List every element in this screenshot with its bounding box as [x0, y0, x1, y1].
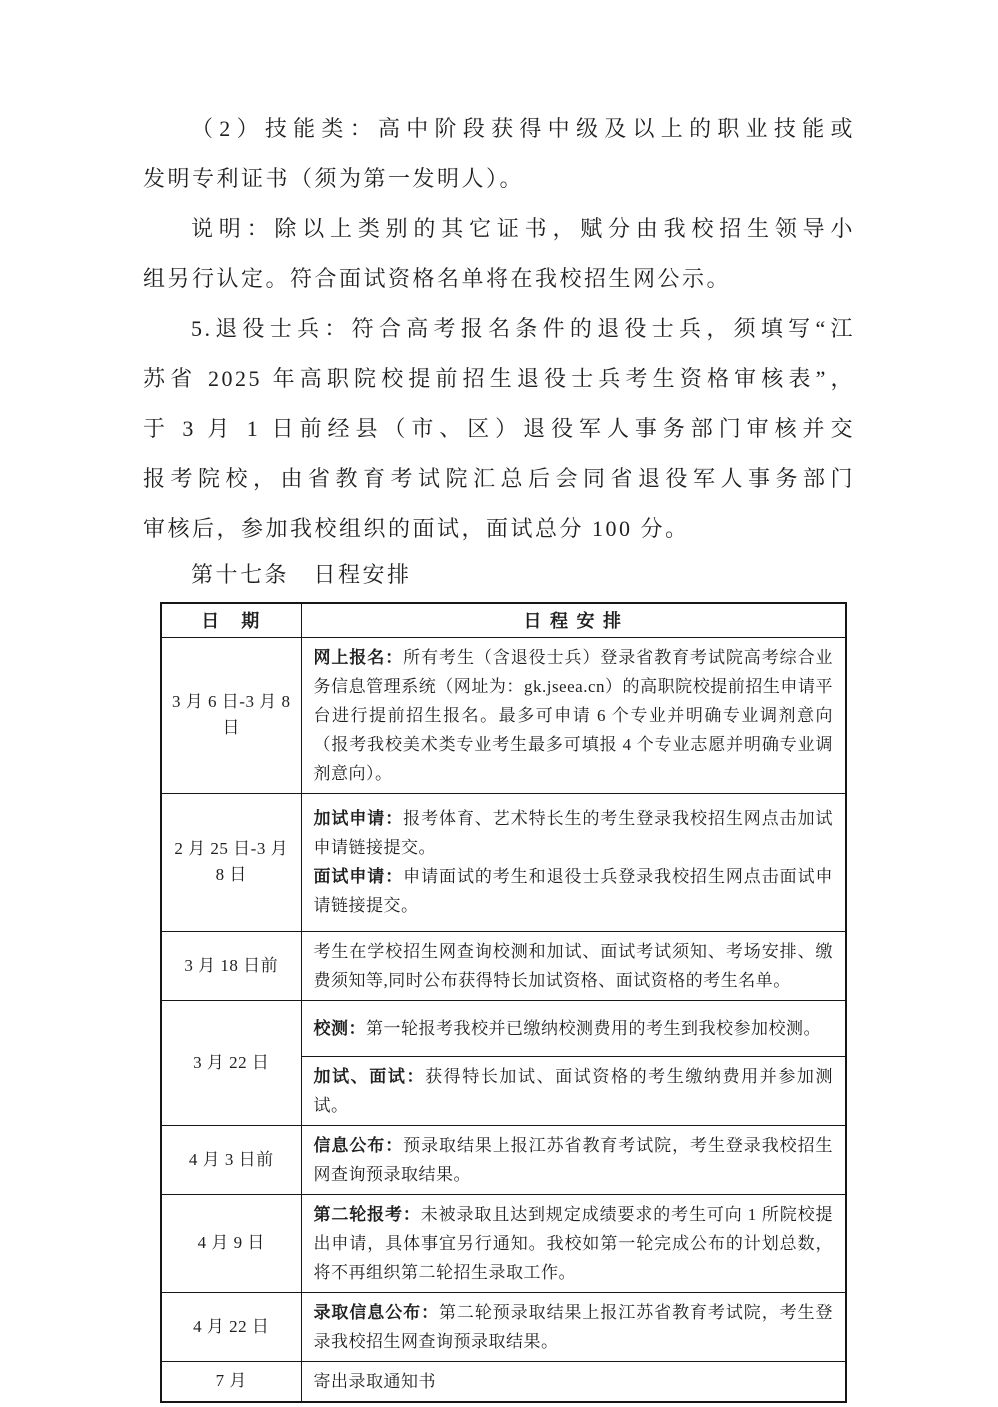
table-row-admission-publish: 4 月 22 日 录取信息公布：第二轮预录取结果上报江苏省教育考试院，考生登录我…: [161, 1292, 846, 1361]
section-heading-article-17: 第十七条 日程安排: [143, 554, 855, 596]
paragraph-skill-category: （2）技能类：高中阶段获得中级及以上的职业技能或 发明专利证书（须为第一发明人）…: [143, 104, 855, 204]
paragraph-line: （2）技能类：高中阶段获得中级及以上的职业技能或: [143, 104, 855, 154]
schedule-cell: 加试申请：报考体育、艺术特长生的考生登录我校招生网点击加试申请链接提交。 面试申…: [301, 793, 846, 931]
date-cell: 3 月 6 日-3 月 8 日: [161, 637, 301, 793]
paragraph-certificate-note: 说明：除以上类别的其它证书，赋分由我校招生领导小 组另行认定。符合面试资格名单将…: [143, 204, 855, 304]
schedule-lead-label: 第二轮报考：: [314, 1205, 421, 1224]
paragraph-line: 报考院校，由省教育考试院汇总后会同省退役军人事务部门: [143, 454, 855, 504]
schedule-cell: 加试、面试：获得特长加试、面试资格的考生缴纳费用并参加测试。: [301, 1056, 846, 1125]
schedule-lead-label: 加试、面试：: [314, 1067, 426, 1086]
schedule-lead-label: 面试申请：: [314, 867, 404, 886]
schedule-cell: 校测：第一轮报考我校并已缴纳校测费用的考生到我校参加校测。: [301, 1000, 846, 1056]
schedule-text: 所有考生（含退役士兵）登录省教育考试院高考综合业务信息管理系统（网址为：gk.j…: [314, 648, 834, 783]
date-cell: 2 月 25 日-3 月 8 日: [161, 793, 301, 931]
schedule-lead-label: 校测：: [314, 1019, 367, 1038]
schedule-cell: 信息公布：预录取结果上报江苏省教育考试院，考生登录我校招生网查询预录取结果。: [301, 1125, 846, 1194]
paragraph-line: 审核后，参加我校组织的面试，面试总分 100 分。: [143, 504, 855, 554]
paragraph-line: 于 3 月 1 日前经县（市、区）退役军人事务部门审核并交: [143, 404, 855, 454]
schedule-text: 寄出录取通知书: [314, 1372, 437, 1391]
document-page: （2）技能类：高中阶段获得中级及以上的职业技能或 发明专利证书（须为第一发明人）…: [0, 0, 998, 1403]
date-cell: 7 月: [161, 1361, 301, 1402]
schedule-table: 日 期 日 程 安 排 3 月 6 日-3 月 8 日 网上报名：所有考生（含退…: [160, 602, 847, 1403]
table-row-school-test: 3 月 22 日 校测：第一轮报考我校并已缴纳校测费用的考生到我校参加校测。: [161, 1000, 846, 1056]
table-row-notice-publish: 3 月 18 日前 考生在学校招生网查询校测和加试、面试考试须知、考场安排、缴费…: [161, 931, 846, 1000]
schedule-cell: 网上报名：所有考生（含退役士兵）登录省教育考试院高考综合业务信息管理系统（网址为…: [301, 637, 846, 793]
paragraph-veterans: 5.退役士兵：符合高考报名条件的退役士兵，须填写“江 苏省 2025 年高职院校…: [143, 304, 855, 554]
date-cell: 3 月 18 日前: [161, 931, 301, 1000]
paragraph-line: 5.退役士兵：符合高考报名条件的退役士兵，须填写“江: [143, 304, 855, 354]
schedule-cell: 寄出录取通知书: [301, 1361, 846, 1402]
table-header-row: 日 期 日 程 安 排: [161, 603, 846, 637]
schedule-lead-label: 加试申请：: [314, 809, 404, 828]
paragraph-line: 发明专利证书（须为第一发明人）。: [143, 154, 855, 204]
schedule-cell: 考生在学校招生网查询校测和加试、面试考试须知、考场安排、缴费须知等,同时公布获得…: [301, 931, 846, 1000]
date-cell: 4 月 22 日: [161, 1292, 301, 1361]
schedule-cell: 录取信息公布：第二轮预录取结果上报江苏省教育考试院，考生登录我校招生网查询预录取…: [301, 1292, 846, 1361]
table-row-online-registration: 3 月 6 日-3 月 8 日 网上报名：所有考生（含退役士兵）登录省教育考试院…: [161, 637, 846, 793]
date-cell: 3 月 22 日: [161, 1000, 301, 1125]
schedule-text: 第一轮报考我校并已缴纳校测费用的考生到我校参加校测。: [366, 1019, 821, 1038]
table-row-second-round: 4 月 9 日 第二轮报考：未被录取且达到规定成绩要求的考生可向 1 所院校提出…: [161, 1194, 846, 1292]
date-cell: 4 月 3 日前: [161, 1125, 301, 1194]
table-row-test-apply: 2 月 25 日-3 月 8 日 加试申请：报考体育、艺术特长生的考生登录我校招…: [161, 793, 846, 931]
date-column-header: 日 期: [161, 603, 301, 637]
schedule-lead-label: 录取信息公布：: [314, 1303, 440, 1322]
date-cell: 4 月 9 日: [161, 1194, 301, 1292]
paragraph-line: 组另行认定。符合面试资格名单将在我校招生网公示。: [143, 254, 855, 304]
table-row-mail-notice: 7 月 寄出录取通知书: [161, 1361, 846, 1402]
table-row-info-publish: 4 月 3 日前 信息公布：预录取结果上报江苏省教育考试院，考生登录我校招生网查…: [161, 1125, 846, 1194]
schedule-lead-label: 信息公布：: [314, 1136, 404, 1155]
paragraph-line: 说明：除以上类别的其它证书，赋分由我校招生领导小: [143, 204, 855, 254]
schedule-cell: 第二轮报考：未被录取且达到规定成绩要求的考生可向 1 所院校提出申请，具体事宜另…: [301, 1194, 846, 1292]
schedule-column-header: 日 程 安 排: [301, 603, 846, 637]
schedule-text: 考生在学校招生网查询校测和加试、面试考试须知、考场安排、缴费须知等,同时公布获得…: [314, 942, 834, 990]
schedule-lead-label: 网上报名：: [314, 648, 404, 667]
paragraph-line: 苏省 2025 年高职院校提前招生退役士兵考生资格审核表”，: [143, 354, 855, 404]
